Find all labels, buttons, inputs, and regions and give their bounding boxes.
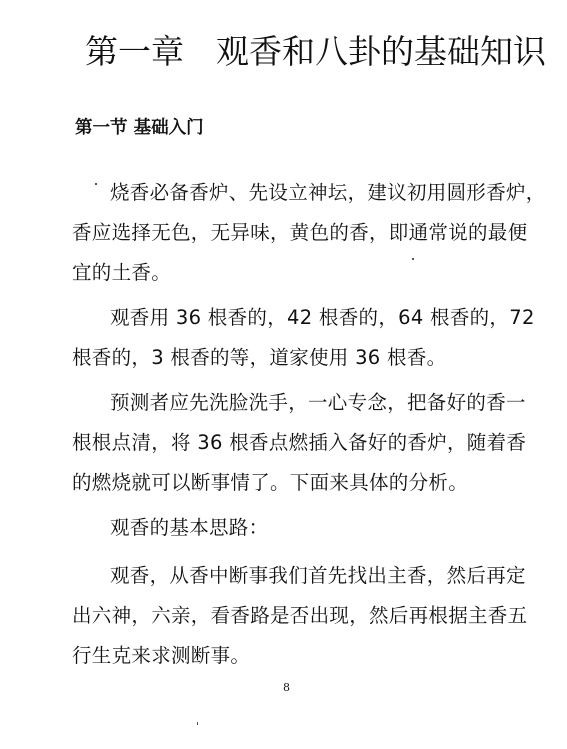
paragraph-2: 观香用 36 根香的，42 根香的，64 根香的，72 根香的，3 根香的等，道… xyxy=(72,298,517,378)
paragraph-1: 烧香必备香炉、先设立神坛，建议初用圆形香炉， 香应选择无色，无异味，黄色的香，即… xyxy=(72,173,517,293)
paragraph-line: 宜的土香。 xyxy=(72,253,517,293)
paragraph-line: 预测者应先洗脸洗手，一心专念，把备好的香一 xyxy=(72,383,517,423)
scan-speck xyxy=(197,722,198,725)
scan-speck xyxy=(412,258,414,260)
paragraph-line: 香应选择无色，无异味，黄色的香，即通常说的最便 xyxy=(72,213,517,253)
paragraph-5: 观香，从香中断事我们首先找出主香，然后再定 出六神，六亲，看香路是否出现，然后再… xyxy=(72,556,517,676)
scan-speck xyxy=(95,183,97,185)
paragraph-line: 根根点清，将 36 根香点燃插入备好的香炉，随着香 xyxy=(72,423,517,463)
paragraph-line: 观香，从香中断事我们首先找出主香，然后再定 xyxy=(72,556,517,596)
paragraph-4: 观香的基本思路： xyxy=(72,508,517,548)
paragraph-line: 根香的，3 根香的等，道家使用 36 根香。 xyxy=(72,338,517,378)
chapter-heading: 第一章观香和八卦的基础知识 xyxy=(85,30,525,74)
document-page: 第一章观香和八卦的基础知识 第一节 基础入门 烧香必备香炉、先设立神坛，建议初用… xyxy=(0,0,567,749)
chapter-title-text: 观香和八卦的基础知识 xyxy=(216,32,546,71)
paragraph-line: 出六神，六亲，看香路是否出现，然后再根据主香五 xyxy=(72,596,517,636)
paragraph-line: 观香的基本思路： xyxy=(72,508,517,548)
paragraph-line: 的燃烧就可以断事情了。下面来具体的分析。 xyxy=(72,463,517,503)
page-number: 8 xyxy=(283,681,290,694)
paragraph-line: 观香用 36 根香的，42 根香的，64 根香的，72 xyxy=(72,298,517,338)
paragraph-3: 预测者应先洗脸洗手，一心专念，把备好的香一 根根点清，将 36 根香点燃插入备好… xyxy=(72,383,517,503)
paragraph-line: 烧香必备香炉、先设立神坛，建议初用圆形香炉， xyxy=(72,173,517,213)
chapter-number: 第一章 xyxy=(85,32,184,71)
section-heading: 第一节 基础入门 xyxy=(75,115,204,141)
paragraph-line: 行生克来求测断事。 xyxy=(72,636,517,676)
